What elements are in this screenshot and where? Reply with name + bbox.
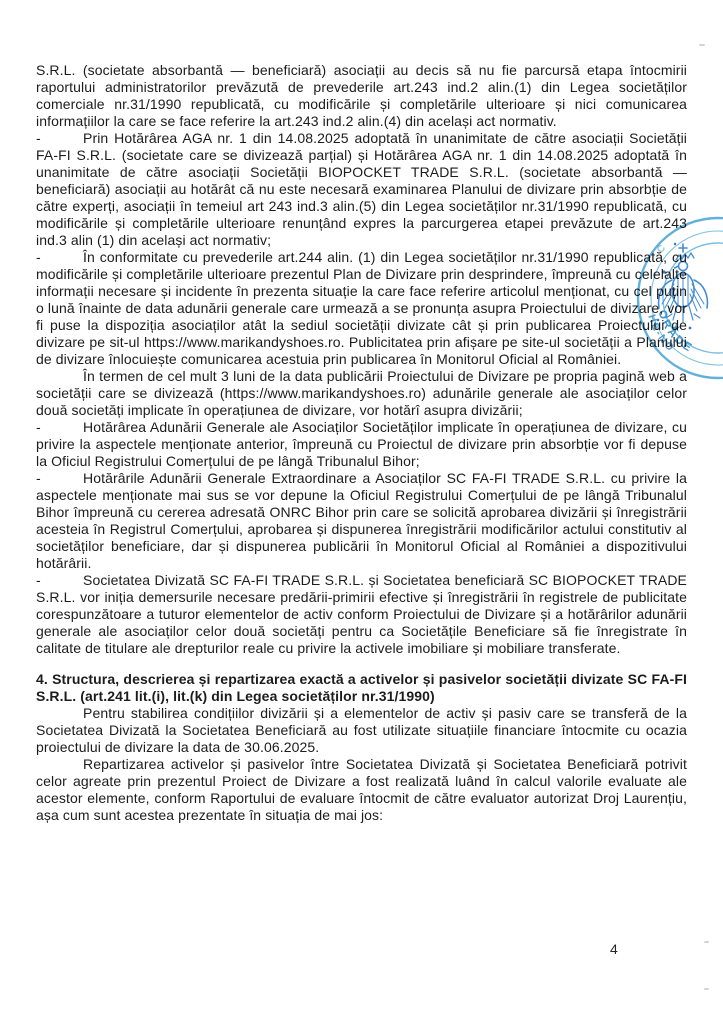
scanned-document-page: S.R.L. (societate absorbantă — beneficia… bbox=[0, 0, 723, 1024]
bullet-dash: - bbox=[36, 572, 83, 589]
paragraph: În termen de cel mult 3 luni de la data … bbox=[36, 368, 687, 419]
paragraph: -Prin Hotărârea AGA nr. 1 din 14.08.2025… bbox=[36, 130, 687, 249]
paragraph: Pentru stabilirea condițiilor divizării … bbox=[36, 705, 687, 756]
document-body: S.R.L. (societate absorbantă — beneficia… bbox=[36, 62, 687, 824]
scan-artifact bbox=[699, 44, 705, 46]
paragraph: -Hotărârea Adunării Generale ale Asociaț… bbox=[36, 419, 687, 470]
paragraph: -Hotărârile Adunării Generale Extraordin… bbox=[36, 470, 687, 572]
scan-artifact bbox=[704, 941, 709, 943]
paragraph: S.R.L. (societate absorbantă — beneficia… bbox=[36, 62, 687, 130]
bullet-dash: - bbox=[36, 130, 83, 147]
paragraph: Repartizarea activelor și pasivelor într… bbox=[36, 756, 687, 824]
page-number: 4 bbox=[610, 941, 618, 957]
bullet-dash: - bbox=[36, 419, 83, 436]
paragraph: -Societatea Divizată SC FA-FI TRADE S.R.… bbox=[36, 572, 687, 657]
bullet-dash: - bbox=[36, 249, 83, 266]
scan-artifact bbox=[704, 988, 709, 990]
paragraph: -În conformitate cu prevederile art.244 … bbox=[36, 249, 687, 368]
bullet-dash: - bbox=[36, 470, 83, 487]
section-heading: 4. Structura, descrierea și repartizarea… bbox=[36, 671, 687, 705]
